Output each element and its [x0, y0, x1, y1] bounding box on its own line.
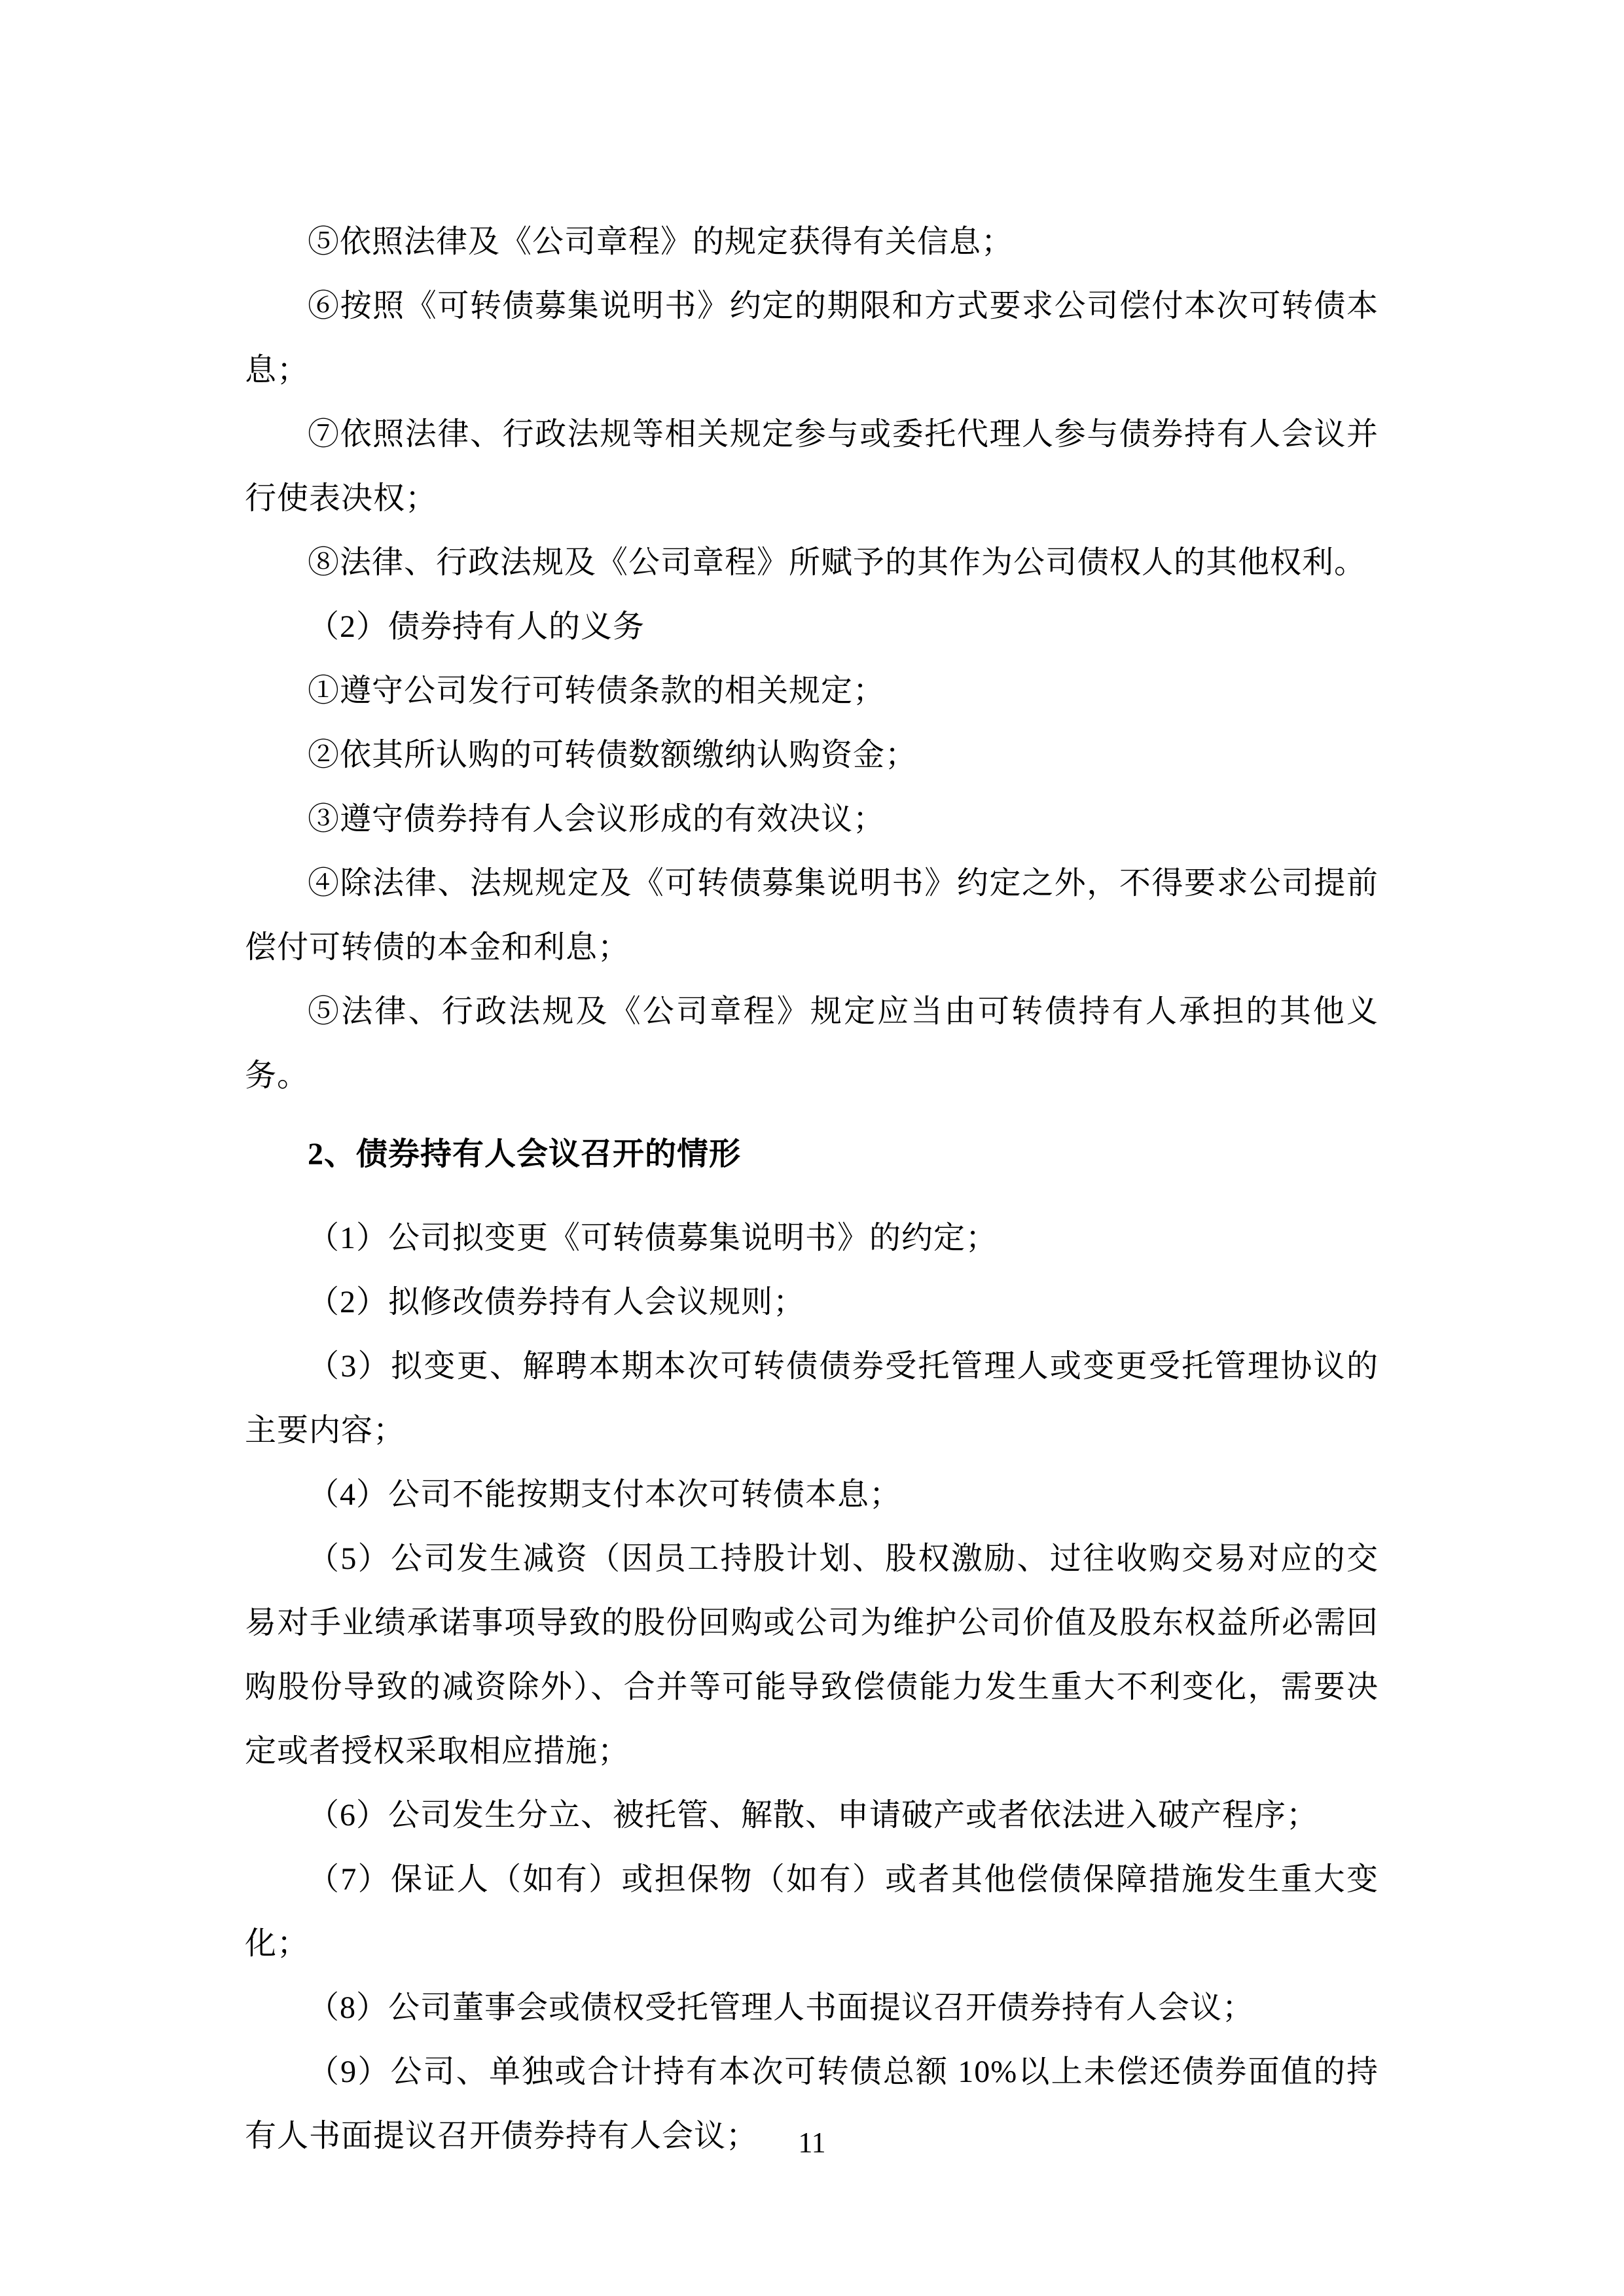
- section-heading-meeting-situations: 2、债券持有人会议召开的情形: [245, 1122, 1379, 1187]
- paragraph-situation-7: （7）保证人（如有）或担保物（如有）或者其他偿债保障措施发生重大变化；: [245, 1848, 1379, 1976]
- paragraph-situation-8: （8）公司董事会或债权受托管理人书面提议召开债券持有人会议；: [245, 1976, 1379, 2040]
- page-number: 11: [0, 2128, 1624, 2157]
- paragraph-situation-2: （2）拟修改债券持有人会议规则；: [245, 1270, 1379, 1335]
- paragraph-bondholder-right-5: ⑤依照法律及《公司章程》的规定获得有关信息；: [245, 210, 1379, 274]
- paragraph-situation-3: （3）拟变更、解聘本期本次可转债债券受托管理人或变更受托管理协议的主要内容；: [245, 1335, 1379, 1463]
- document-page: ⑤依照法律及《公司章程》的规定获得有关信息； ⑥按照《可转债募集说明书》约定的期…: [0, 0, 1624, 2296]
- paragraph-situation-4: （4）公司不能按期支付本次可转债本息；: [245, 1463, 1379, 1527]
- paragraph-obligation-5: ⑤法律、行政法规及《公司章程》规定应当由可转债持有人承担的其他义务。: [245, 980, 1379, 1108]
- paragraph-bondholder-right-7: ⑦依照法律、行政法规等相关规定参与或委托代理人参与债券持有人会议并行使表决权；: [245, 403, 1379, 531]
- paragraph-bondholder-right-6: ⑥按照《可转债募集说明书》约定的期限和方式要求公司偿付本次可转债本息；: [245, 274, 1379, 403]
- paragraph-bondholder-right-8: ⑧法律、行政法规及《公司章程》所赋予的其作为公司债权人的其他权利。: [245, 531, 1379, 595]
- paragraph-obligation-1: ①遵守公司发行可转债条款的相关规定；: [245, 659, 1379, 723]
- paragraph-obligation-4: ④除法律、法规规定及《可转债募集说明书》约定之外，不得要求公司提前偿付可转债的本…: [245, 852, 1379, 980]
- paragraph-obligation-2: ②依其所认购的可转债数额缴纳认购资金；: [245, 723, 1379, 787]
- paragraph-bondholder-obligations-title: （2）债券持有人的义务: [245, 595, 1379, 659]
- paragraph-obligation-3: ③遵守债券持有人会议形成的有效决议；: [245, 787, 1379, 852]
- paragraph-situation-6: （6）公司发生分立、被托管、解散、申请破产或者依法进入破产程序；: [245, 1784, 1379, 1848]
- paragraph-situation-1: （1）公司拟变更《可转债募集说明书》的约定；: [245, 1206, 1379, 1270]
- paragraph-situation-5: （5）公司发生减资（因员工持股计划、股权激励、过往收购交易对应的交易对手业绩承诺…: [245, 1527, 1379, 1784]
- document-body: ⑤依照法律及《公司章程》的规定获得有关信息； ⑥按照《可转债募集说明书》约定的期…: [245, 210, 1379, 2168]
